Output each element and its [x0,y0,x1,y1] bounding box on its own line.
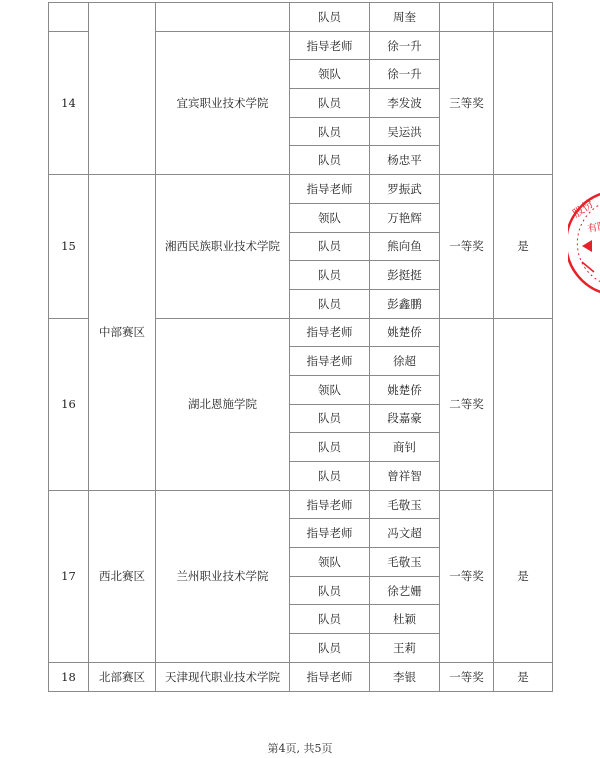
table-row: 18 北部赛区 天津现代职业技术学院 指导老师 李银 一等奖 是 [49,662,553,691]
name-cell: 姚楚侨 [370,318,440,347]
name-cell: 罗振武 [370,175,440,204]
school-cell: 湘西民族职业技术学院 [156,175,290,318]
svg-text:有限: 有限 [586,219,600,235]
role-cell: 队员 [290,605,370,634]
name-cell: 彭鑫鹏 [370,289,440,318]
name-cell: 毛敬玉 [370,548,440,577]
flag-cell [494,318,553,490]
page-number: 第4页, 共5页 [0,740,600,756]
role-cell: 指导老师 [290,519,370,548]
name-cell: 彭挺挺 [370,261,440,290]
row-number: 18 [49,662,89,691]
school-cell: 天津现代职业技术学院 [156,662,290,691]
flag-cell: 是 [494,490,553,662]
name-cell: 杨忠平 [370,146,440,175]
name-cell: 李银 [370,662,440,691]
role-cell: 指导老师 [290,662,370,691]
flag-cell: 是 [494,175,553,318]
role-cell: 队员 [290,433,370,462]
role-cell: 领队 [290,548,370,577]
name-cell: 徐艺姗 [370,576,440,605]
name-cell: 王莉 [370,634,440,663]
role-cell: 指导老师 [290,31,370,60]
school-cell: 兰州职业技术学院 [156,490,290,662]
role-cell: 指导老师 [290,347,370,376]
table-row: 15 中部赛区 湘西民族职业技术学院 指导老师 罗振武 一等奖 是 [49,175,553,204]
name-cell: 杜颖 [370,605,440,634]
role-cell: 队员 [290,89,370,118]
region-cell: 西北赛区 [89,490,156,662]
role-cell: 领队 [290,60,370,89]
role-cell: 队员 [290,232,370,261]
role-cell: 领队 [290,203,370,232]
flag-cell [494,3,553,32]
name-cell: 熊向鱼 [370,232,440,261]
role-cell: 指导老师 [290,490,370,519]
school-cell [156,3,290,32]
role-cell: 领队 [290,375,370,404]
table-row: 队员 周奎 [49,3,553,32]
role-cell: 指导老师 [290,318,370,347]
svg-text:股份: 股份 [570,197,595,220]
school-cell: 宜宾职业技术学院 [156,31,290,174]
name-cell: 姚楚侨 [370,375,440,404]
name-cell: 李发波 [370,89,440,118]
region-cell: 北部赛区 [89,662,156,691]
role-cell: 队员 [290,576,370,605]
row-number: 14 [49,31,89,174]
role-cell: 队员 [290,117,370,146]
role-cell: 队员 [290,404,370,433]
name-cell: 万艳辉 [370,203,440,232]
region-cell [89,3,156,175]
role-cell: 指导老师 [290,175,370,204]
school-cell: 湖北恩施学院 [156,318,290,490]
name-cell: 周奎 [370,3,440,32]
flag-cell [494,31,553,174]
role-cell: 队员 [290,146,370,175]
flag-cell: 是 [494,662,553,691]
award-cell: 一等奖 [440,175,494,318]
award-cell: 二等奖 [440,318,494,490]
name-cell: 徐超 [370,347,440,376]
role-cell: 队员 [290,3,370,32]
awards-table: 队员 周奎 14 宜宾职业技术学院 指导老师 徐一升 三等奖 领队徐一升 队员李… [48,2,553,692]
award-cell [440,3,494,32]
name-cell: 吴运洪 [370,117,440,146]
name-cell: 冯文超 [370,519,440,548]
name-cell: 徐一升 [370,31,440,60]
region-cell: 中部赛区 [89,175,156,491]
role-cell: 队员 [290,289,370,318]
role-cell: 队员 [290,261,370,290]
row-number: 16 [49,318,89,490]
award-cell: 一等奖 [440,490,494,662]
name-cell: 曾祥智 [370,462,440,491]
award-cell: 一等奖 [440,662,494,691]
role-cell: 队员 [290,634,370,663]
award-cell: 三等奖 [440,31,494,174]
name-cell: 商钊 [370,433,440,462]
name-cell: 段嘉豪 [370,404,440,433]
official-seal-icon: 股份 有限 [568,188,600,298]
table-row: 17 西北赛区 兰州职业技术学院 指导老师 毛敬玉 一等奖 是 [49,490,553,519]
name-cell: 毛敬玉 [370,490,440,519]
row-number [49,3,89,32]
row-number: 17 [49,490,89,662]
role-cell: 队员 [290,462,370,491]
row-number: 15 [49,175,89,318]
name-cell: 徐一升 [370,60,440,89]
